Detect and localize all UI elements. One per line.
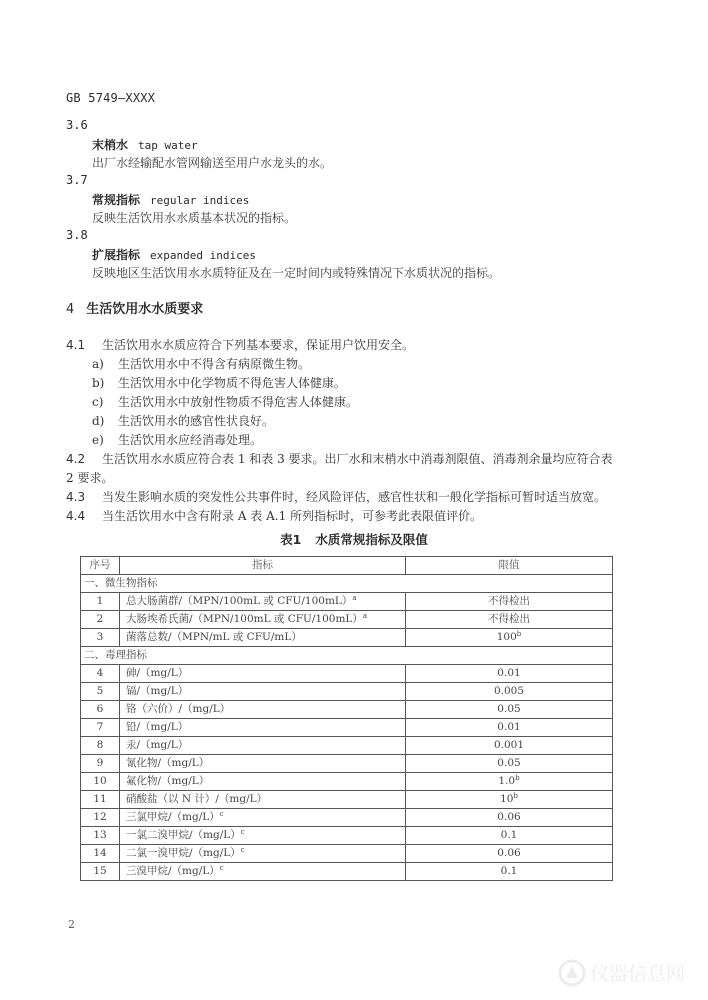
clause-text: 生活饮用水水质应符合表 1 和表 3 要求。出厂水和末梢水中消毒剂限值、消毒剂余… — [102, 452, 613, 466]
table-title: 水质常规指标及限值 — [315, 532, 428, 547]
footnote-mark: a — [363, 612, 367, 620]
row-no: 2 — [81, 611, 120, 629]
limit-text: 100 — [497, 631, 517, 643]
table-row: 8汞/（mg/L）0.001 — [81, 737, 613, 755]
index-text: 三溴甲烷/（mg/L） — [126, 865, 220, 877]
row-no: 13 — [81, 827, 120, 845]
list-label: c) — [92, 395, 118, 409]
section-number: 4 — [66, 302, 74, 317]
row-no: 7 — [81, 719, 120, 737]
index-text: 总大肠菌群/（MPN/100mL 或 CFU/100mL） — [126, 595, 352, 607]
row-index: 三溴甲烷/（mg/L）c — [120, 863, 406, 881]
row-index: 镉/（mg/L） — [120, 683, 406, 701]
footnote-mark: b — [517, 630, 521, 638]
table-row: 4砷/（mg/L）0.01 — [81, 665, 613, 683]
row-index: 硝酸盐（以 N 计）/（mg/L） — [120, 791, 406, 809]
row-limit: 100b — [406, 629, 613, 647]
list-label: e) — [92, 433, 118, 447]
index-text: 镉/（mg/L） — [126, 685, 188, 697]
table-row: 2大肠埃希氏菌/（MPN/100mL 或 CFU/100mL）a不得检出 — [81, 611, 613, 629]
list-label: a) — [92, 357, 118, 371]
list-text: 生活饮用水中化学物质不得危害人体健康。 — [118, 376, 346, 390]
clause-number-3-7: 3.7 — [66, 173, 88, 187]
clause-number: 4.3 — [66, 490, 102, 504]
list-text: 生活饮用水中放射性物质不得危害人体健康。 — [118, 395, 358, 409]
row-limit: 10b — [406, 791, 613, 809]
clause-4-2-continuation: 2 要求。 — [66, 469, 113, 486]
clause-number: 4.2 — [66, 452, 102, 466]
list-item-b: b)生活饮用水中化学物质不得危害人体健康。 — [92, 374, 346, 391]
index-text: 铬（六价）/（mg/L） — [126, 703, 230, 715]
list-label: b) — [92, 376, 118, 390]
row-no: 15 — [81, 863, 120, 881]
clause-text: 当生活饮用水中含有附录 A 表 A.1 所列指标时，可参考此表限值评价。 — [102, 509, 482, 523]
clause-4-2: 4.2生活饮用水水质应符合表 1 和表 3 要求。出厂水和末梢水中消毒剂限值、消… — [66, 450, 613, 467]
row-index: 二氯一溴甲烷/（mg/L）c — [120, 845, 406, 863]
list-item-a: a)生活饮用水中不得含有病原微生物。 — [92, 355, 310, 372]
table-group-row: 一、微生物指标 — [81, 575, 613, 593]
row-index: 汞/（mg/L） — [120, 737, 406, 755]
term-zh: 扩展指标 — [92, 248, 140, 262]
term-en: expanded indices — [150, 249, 256, 262]
row-limit: 0.001 — [406, 737, 613, 755]
footnote-mark: b — [513, 792, 517, 800]
row-no: 14 — [81, 845, 120, 863]
row-index: 一氯二溴甲烷/（mg/L）c — [120, 827, 406, 845]
row-no: 3 — [81, 629, 120, 647]
index-text: 砷/（mg/L） — [126, 667, 188, 679]
term-zh: 末梢水 — [92, 138, 128, 152]
section-4-heading: 4生活饮用水水质要求 — [66, 298, 203, 317]
term-expanded-indices: 扩展指标expanded indices — [92, 246, 256, 263]
standard-code: GB 5749—XXXX — [66, 91, 155, 105]
footnote-mark: c — [241, 846, 245, 854]
row-no: 9 — [81, 755, 120, 773]
definition-expanded-indices: 反映地区生活饮用水水质特征及在一定时间内或特殊情况下水质状况的指标。 — [92, 264, 500, 281]
header-limit: 限值 — [406, 557, 613, 575]
page-number: 2 — [68, 918, 75, 931]
header-no: 序号 — [81, 557, 120, 575]
table-row: 5镉/（mg/L）0.005 — [81, 683, 613, 701]
row-limit: 0.05 — [406, 755, 613, 773]
row-no: 4 — [81, 665, 120, 683]
index-text: 一氯二溴甲烷/（mg/L） — [126, 829, 241, 841]
limit-text: 0.05 — [497, 757, 520, 769]
row-index: 菌落总数/（MPN/mL 或 CFU/mL） — [120, 629, 406, 647]
table-row: 9氰化物/（mg/L）0.05 — [81, 755, 613, 773]
index-text: 菌落总数/（MPN/mL 或 CFU/mL） — [126, 631, 302, 643]
table-row: 14二氯一溴甲烷/（mg/L）c0.06 — [81, 845, 613, 863]
row-limit: 0.01 — [406, 719, 613, 737]
clause-number-3-8: 3.8 — [66, 228, 88, 242]
list-text: 生活饮用水的感官性状良好。 — [118, 414, 274, 428]
table-number: 表1 — [280, 532, 301, 547]
clause-text: 当发生影响水质的突发性公共事件时，经风险评估，感官性状和一般化学指标可暂时适当放… — [102, 490, 606, 504]
row-limit: 0.06 — [406, 845, 613, 863]
limit-text: 0.01 — [497, 667, 520, 679]
row-index: 氰化物/（mg/L） — [120, 755, 406, 773]
index-text: 硝酸盐（以 N 计）/（mg/L） — [126, 793, 267, 805]
clause-text: 生活饮用水水质应符合下列基本要求，保证用户饮用安全。 — [102, 338, 414, 352]
list-label: d) — [92, 414, 118, 428]
index-text: 汞/（mg/L） — [126, 739, 188, 751]
row-limit: 0.01 — [406, 665, 613, 683]
table-row: 1总大肠菌群/（MPN/100mL 或 CFU/100mL）a不得检出 — [81, 593, 613, 611]
row-no: 6 — [81, 701, 120, 719]
footnote-mark: c — [220, 810, 224, 818]
table-row: 6铬（六价）/（mg/L）0.05 — [81, 701, 613, 719]
row-no: 10 — [81, 773, 120, 791]
footnote-mark: c — [220, 864, 224, 872]
clause-4-1: 4.1生活饮用水水质应符合下列基本要求，保证用户饮用安全。 — [66, 336, 414, 353]
watermark-text: 仪器信息网 — [590, 963, 685, 985]
limit-text: 1.0 — [498, 775, 515, 787]
footnote-mark: c — [241, 828, 245, 836]
definition-tap-water: 出厂水经输配水管网输送至用户水龙头的水。 — [92, 154, 332, 171]
limit-text: 0.01 — [497, 721, 520, 733]
limit-text: 10 — [500, 793, 513, 805]
list-text: 生活饮用水应经消毒处理。 — [118, 433, 262, 447]
limit-text: 0.1 — [501, 829, 518, 841]
table-row: 15三溴甲烷/（mg/L）c0.1 — [81, 863, 613, 881]
header-index: 指标 — [120, 557, 406, 575]
index-text: 氟化物/（mg/L） — [126, 775, 209, 787]
list-item-d: d)生活饮用水的感官性状良好。 — [92, 412, 274, 429]
table-row: 11硝酸盐（以 N 计）/（mg/L）10b — [81, 791, 613, 809]
row-no: 8 — [81, 737, 120, 755]
row-no: 11 — [81, 791, 120, 809]
row-limit: 0.1 — [406, 863, 613, 881]
limit-text: 0.005 — [494, 685, 524, 697]
footnote-mark: b — [515, 774, 519, 782]
row-limit: 0.005 — [406, 683, 613, 701]
row-no: 5 — [81, 683, 120, 701]
limit-text: 0.001 — [494, 739, 524, 751]
definition-regular-indices: 反映生活饮用水水质基本状况的指标。 — [92, 209, 296, 226]
table-header-row: 序号 指标 限值 — [81, 557, 613, 575]
row-limit: 不得检出 — [406, 611, 613, 629]
index-text: 大肠埃希氏菌/（MPN/100mL 或 CFU/100mL） — [126, 613, 363, 625]
limit-text: 0.06 — [497, 811, 520, 823]
list-item-c: c)生活饮用水中放射性物质不得危害人体健康。 — [92, 393, 358, 410]
limit-text: 不得检出 — [488, 613, 530, 625]
table-row: 3菌落总数/（MPN/mL 或 CFU/mL）100b — [81, 629, 613, 647]
group-title: 二、毒理指标 — [81, 647, 613, 665]
clause-4-4: 4.4当生活饮用水中含有附录 A 表 A.1 所列指标时，可参考此表限值评价。 — [66, 507, 482, 524]
clause-number: 4.1 — [66, 338, 102, 352]
group-title: 一、微生物指标 — [81, 575, 613, 593]
row-limit: 0.06 — [406, 809, 613, 827]
row-no: 1 — [81, 593, 120, 611]
row-limit: 1.0b — [406, 773, 613, 791]
row-index: 铬（六价）/（mg/L） — [120, 701, 406, 719]
row-index: 大肠埃希氏菌/（MPN/100mL 或 CFU/100mL）a — [120, 611, 406, 629]
table-row: 13一氯二溴甲烷/（mg/L）c0.1 — [81, 827, 613, 845]
row-index: 三氯甲烷/（mg/L）c — [120, 809, 406, 827]
row-index: 总大肠菌群/（MPN/100mL 或 CFU/100mL）a — [120, 593, 406, 611]
table-group-row: 二、毒理指标 — [81, 647, 613, 665]
list-item-e: e)生活饮用水应经消毒处理。 — [92, 431, 262, 448]
clause-4-3: 4.3当发生影响水质的突发性公共事件时，经风险评估，感官性状和一般化学指标可暂时… — [66, 488, 606, 505]
limit-text: 0.1 — [501, 865, 518, 877]
water-quality-table: 序号 指标 限值 一、微生物指标1总大肠菌群/（MPN/100mL 或 CFU/… — [80, 556, 613, 881]
table-row: 10氟化物/（mg/L）1.0b — [81, 773, 613, 791]
table-caption: 表1水质常规指标及限值 — [0, 530, 708, 548]
row-no: 12 — [81, 809, 120, 827]
footnote-mark: a — [352, 594, 356, 602]
limit-text: 0.06 — [497, 847, 520, 859]
row-limit: 0.1 — [406, 827, 613, 845]
term-en: regular indices — [150, 194, 249, 207]
clause-number-3-6: 3.6 — [66, 118, 88, 132]
index-text: 铅/（mg/L） — [126, 721, 188, 733]
section-title: 生活饮用水水质要求 — [86, 302, 203, 317]
term-en: tap water — [138, 139, 198, 152]
index-text: 二氯一溴甲烷/（mg/L） — [126, 847, 241, 859]
table-row: 7铅/（mg/L）0.01 — [81, 719, 613, 737]
term-zh: 常规指标 — [92, 193, 140, 207]
row-limit: 0.05 — [406, 701, 613, 719]
term-tap-water: 末梢水tap water — [92, 136, 198, 153]
row-index: 砷/（mg/L） — [120, 665, 406, 683]
index-text: 三氯甲烷/（mg/L） — [126, 811, 220, 823]
index-text: 氰化物/（mg/L） — [126, 757, 209, 769]
list-text: 生活饮用水中不得含有病原微生物。 — [118, 357, 310, 371]
limit-text: 0.05 — [497, 703, 520, 715]
table-row: 12三氯甲烷/（mg/L）c0.06 — [81, 809, 613, 827]
clause-number: 4.4 — [66, 509, 102, 523]
watermark-logo-icon: 仪器信息网 — [558, 958, 698, 988]
row-limit: 不得检出 — [406, 593, 613, 611]
row-index: 铅/（mg/L） — [120, 719, 406, 737]
row-index: 氟化物/（mg/L） — [120, 773, 406, 791]
term-regular-indices: 常规指标regular indices — [92, 191, 249, 208]
limit-text: 不得检出 — [488, 595, 530, 607]
